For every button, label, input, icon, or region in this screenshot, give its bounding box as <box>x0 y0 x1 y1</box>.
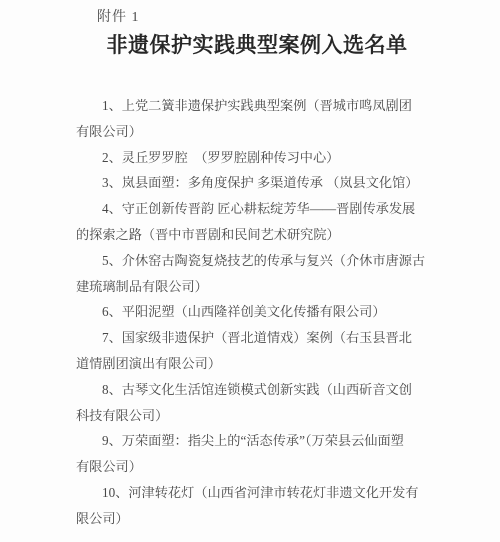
case-item-9-line-2: 有限公司） <box>76 454 448 480</box>
case-item-8-line-2: 科技有限公司） <box>76 403 448 429</box>
case-item-4-line-1: 4、守正创新传晋韵 匠心耕耘绽芳华——晋剧传承发展 <box>76 196 448 222</box>
case-item-2: 2、灵丘罗罗腔 （罗罗腔剧种传习中心） <box>76 145 448 171</box>
case-item-7-line-1: 7、国家级非遗保护（晋北道情戏）案例（右玉县晋北 <box>76 325 448 351</box>
case-item-3-line-1: 3、岚县面塑：多角度保护 多渠道传承 （岚县文化馆） <box>76 170 448 196</box>
case-item-8: 8、古琴文化生活馆连锁模式创新实践（山西斫音文创科技有限公司） <box>76 377 448 429</box>
document-page: 附件 1 非遗保护实践典型案例入选名单 1、上党二簧非遗保护实践典型案例（晋城市… <box>0 0 500 542</box>
case-item-1-line-2: 有限公司） <box>76 119 448 145</box>
case-item-4-line-2: 的探索之路（晋中市晋剧和民间艺术研究院） <box>76 222 448 248</box>
case-item-2-line-1: 2、灵丘罗罗腔 （罗罗腔剧种传习中心） <box>76 145 448 171</box>
document-title: 非遗保护实践典型案例入选名单 <box>14 29 500 59</box>
case-item-5-line-1: 5、介休窑古陶瓷复烧技艺的传承与复兴（介休市唐源古 <box>76 248 448 274</box>
case-item-7-line-2: 道情剧团演出有限公司） <box>76 351 448 377</box>
case-item-3: 3、岚县面塑：多角度保护 多渠道传承 （岚县文化馆） <box>76 170 448 196</box>
annex-label: 附件 1 <box>97 6 140 26</box>
case-item-10: 10、河津转花灯（山西省河津市转花灯非遗文化开发有限公司） <box>76 480 448 532</box>
case-item-6-line-1: 6、平阳泥塑（山西隆祥创美文化传播有限公司） <box>76 299 448 325</box>
case-item-6: 6、平阳泥塑（山西隆祥创美文化传播有限公司） <box>76 299 448 325</box>
case-item-4: 4、守正创新传晋韵 匠心耕耘绽芳华——晋剧传承发展的探索之路（晋中市晋剧和民间艺… <box>76 196 448 248</box>
case-item-9-line-1: 9、万荣面塑：指尖上的“活态传承”（万荣县云仙面塑 <box>76 428 448 454</box>
case-item-5-line-2: 建琉璃制品有限公司） <box>76 274 448 300</box>
case-item-7: 7、国家级非遗保护（晋北道情戏）案例（右玉县晋北道情剧团演出有限公司） <box>76 325 448 377</box>
case-item-8-line-1: 8、古琴文化生活馆连锁模式创新实践（山西斫音文创 <box>76 377 448 403</box>
case-item-5: 5、介休窑古陶瓷复烧技艺的传承与复兴（介休市唐源古建琉璃制品有限公司） <box>76 248 448 300</box>
case-item-10-line-1: 10、河津转花灯（山西省河津市转花灯非遗文化开发有 <box>76 480 448 506</box>
case-list: 1、上党二簧非遗保护实践典型案例（晋城市鸣凤剧团有限公司）2、灵丘罗罗腔 （罗罗… <box>76 93 448 532</box>
case-item-9: 9、万荣面塑：指尖上的“活态传承”（万荣县云仙面塑有限公司） <box>76 428 448 480</box>
case-item-10-line-2: 限公司） <box>76 506 448 532</box>
case-item-1: 1、上党二簧非遗保护实践典型案例（晋城市鸣凤剧团有限公司） <box>76 93 448 145</box>
case-item-1-line-1: 1、上党二簧非遗保护实践典型案例（晋城市鸣凤剧团 <box>76 93 448 119</box>
